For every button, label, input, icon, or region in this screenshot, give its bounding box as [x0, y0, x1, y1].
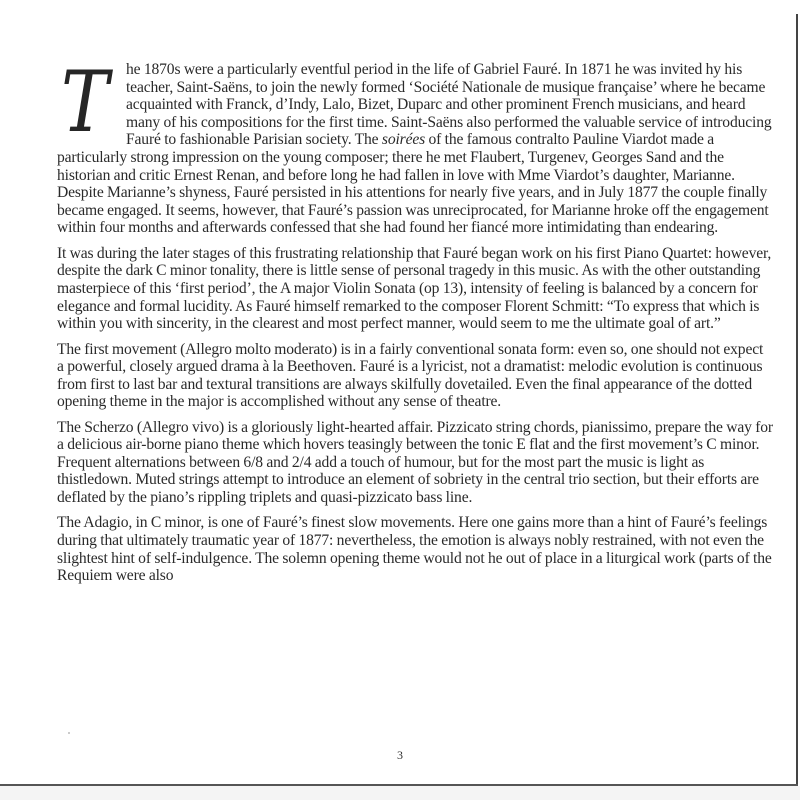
page-edge-right	[796, 14, 798, 786]
scan-background	[0, 786, 800, 800]
scan-speck	[68, 732, 70, 734]
paragraph-5: The Adagio, in C minor, is one of Fauré’…	[57, 514, 773, 584]
paragraph-4: The Scherzo (Allegro vivo) is a glorious…	[57, 419, 773, 507]
document-page: The 1870s were a particularly eventful p…	[0, 0, 800, 800]
page-number: 3	[390, 748, 410, 763]
article-body: The 1870s were a particularly eventful p…	[57, 61, 773, 593]
paragraph-2: It was during the later stages of this f…	[57, 245, 773, 333]
drop-cap-letter: T	[61, 67, 114, 137]
italic-term-soirees: soirées	[382, 131, 425, 148]
paragraph-3: The first movement (Allegro molto modera…	[57, 341, 773, 411]
paragraph-1: The 1870s were a particularly eventful p…	[57, 61, 773, 237]
